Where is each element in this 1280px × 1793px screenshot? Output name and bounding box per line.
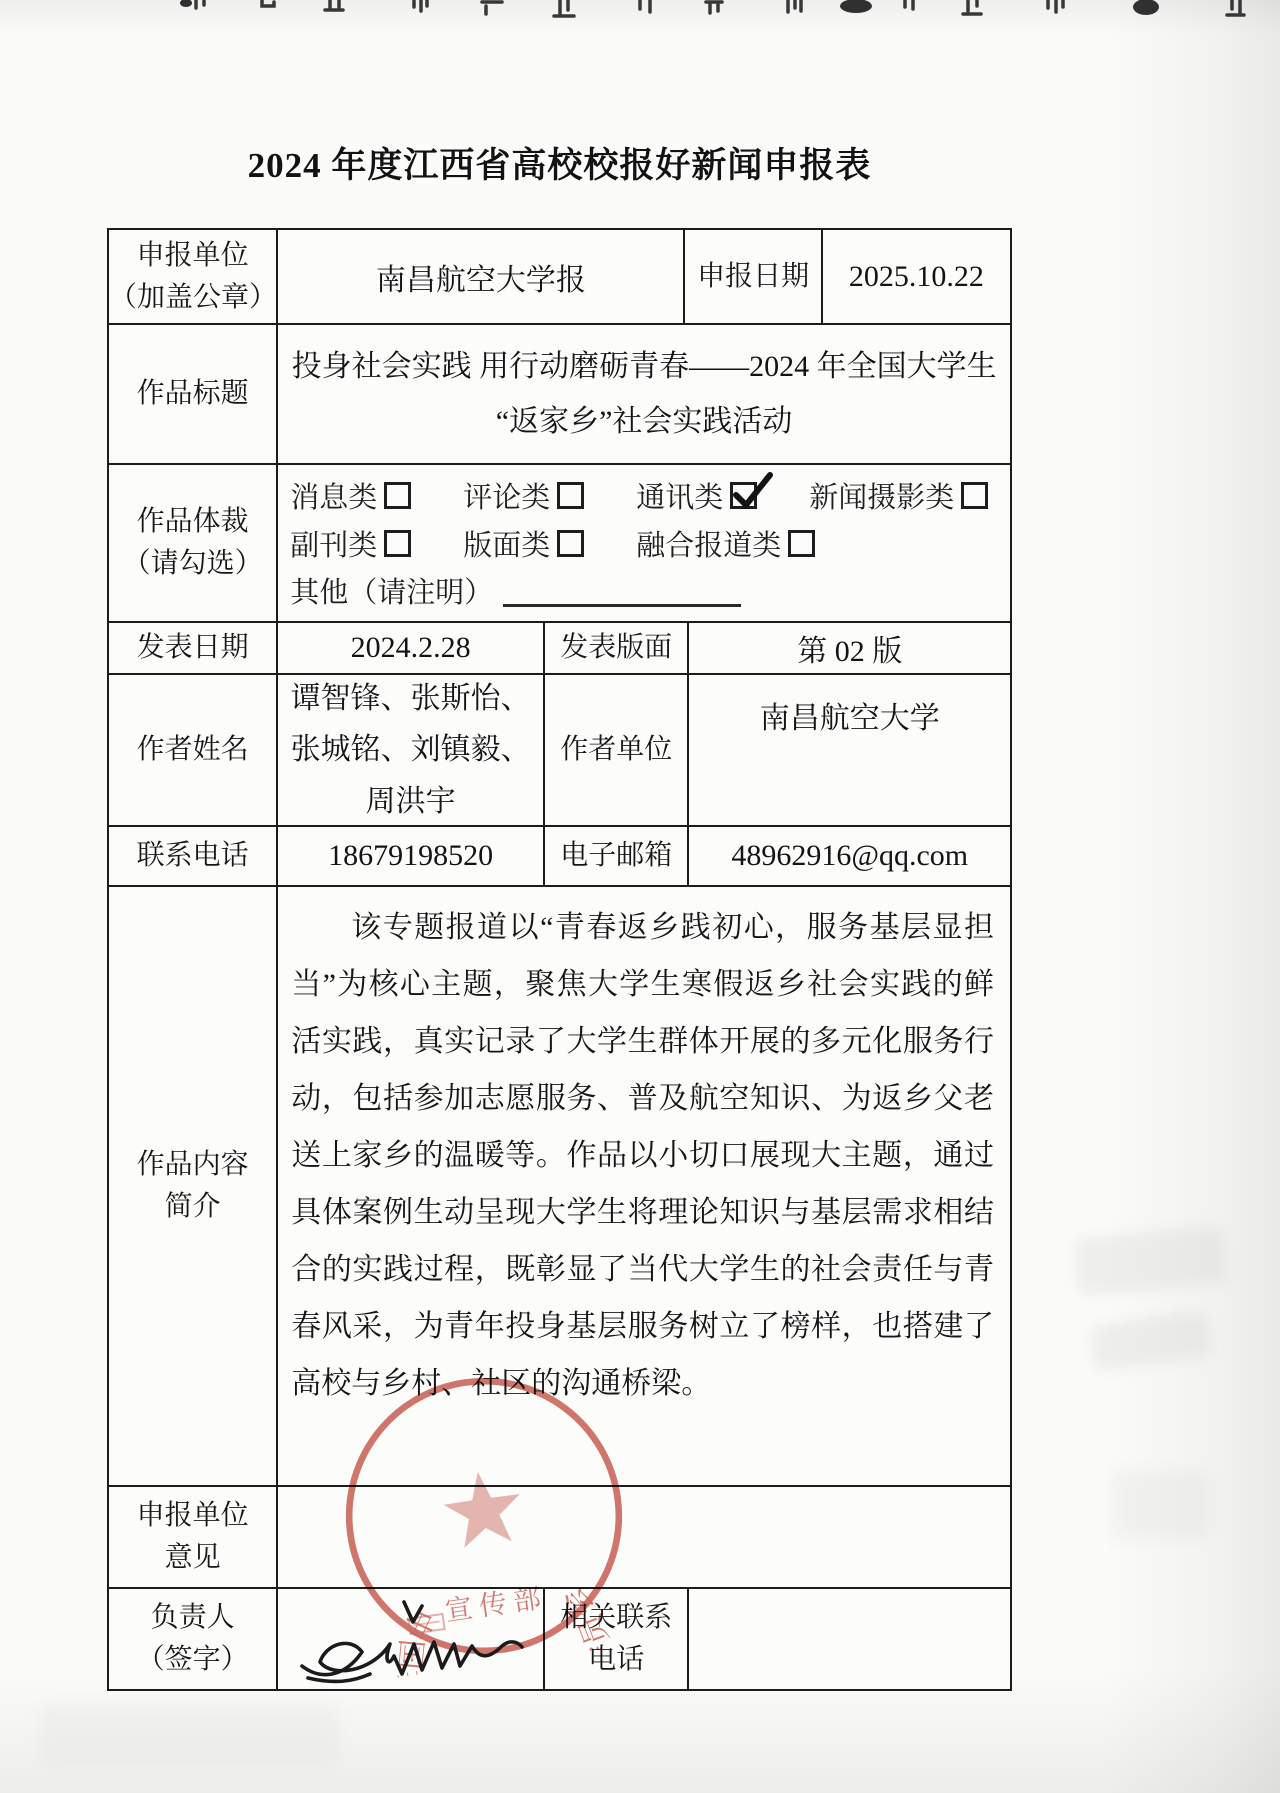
genre-line-other: 其他（请注明） [290,570,998,611]
row-authors: 作者姓名 谭智锋、张斯怡、 张城铭、刘镇毅、 周洪宇 作者单位 南昌航空大学 [109,675,1010,827]
scan-smudge [40,1705,340,1765]
phone-value: 18679198520 [278,827,545,885]
email-value: 48962916@qq.com [689,827,1010,885]
checkbox-unchecked-icon [384,482,411,509]
page-top-bleed-marks [0,0,1280,28]
genre-line-2: 副刊类 版面类 融合报道类 [290,523,998,564]
checkbox-unchecked-icon [788,530,815,557]
checkbox-unchecked-icon [384,530,411,557]
summary-text: 该专题报道以“青春返乡践初心，服务基层显担当”为核心主题，聚焦大学生寒假返乡社会… [278,887,1010,1412]
checkbox-unchecked-icon [557,482,584,509]
genre-option-photo: 新闻摄影类 [809,475,988,516]
checkbox-unchecked-icon [961,482,988,509]
handwritten-signature [286,1586,556,1698]
genre-option-label: 融合报道类 [636,523,781,564]
genre-other-underline [503,574,741,607]
genre-option-label: 评论类 [463,475,550,516]
summary-label: 作品内容 简介 [109,887,278,1485]
authors-value: 谭智锋、张斯怡、 张城铭、刘镇毅、 周洪宇 [278,675,545,825]
genre-option-commentary: 评论类 [463,475,584,516]
genre-option-label: 新闻摄影类 [809,475,954,516]
check-icon [731,473,773,511]
row-work-title: 作品标题 投身社会实践 用行动磨砺青春——2024 年全国大学生 “返家乡”社会… [109,325,1010,465]
seal-star-icon [440,1466,527,1549]
scan-smudge [1110,1470,1210,1540]
genre-option-label: 版面类 [463,523,550,564]
genre-option-supplement: 副刊类 [290,523,411,564]
genre-option-label: 通讯类 [636,475,723,516]
work-title-value: 投身社会实践 用行动磨砺青春——2024 年全国大学生 “返家乡”社会实践活动 [278,325,1010,463]
scanned-form-page: 2024 年度江西省高校校报好新闻申报表 申报单位 （加盖公章） 南昌航空大学报… [0,0,1280,1793]
email-label: 电子邮箱 [545,827,689,885]
row-genre: 作品体裁 （请勾选） 消息类 评论类 通讯类 [109,465,1010,623]
scan-smudge [1073,1226,1227,1297]
head-label: 负责人 （签字） [109,1589,278,1689]
form-title: 2024 年度江西省高校校报好新闻申报表 [107,138,1012,188]
genre-option-news: 消息类 [290,475,411,516]
apply-date-value: 2025.10.22 [823,230,1010,323]
genre-option-layout: 版面类 [463,523,584,564]
phone-label: 联系电话 [109,827,278,885]
apply-date-label: 申报日期 [685,230,822,323]
genre-option-label: 副刊类 [290,523,377,564]
publish-date-value: 2024.2.28 [278,623,545,673]
related-phone-value-empty [689,1589,1010,1689]
publish-page-label: 发表版面 [545,623,689,673]
row-contact: 联系电话 18679198520 电子邮箱 48962916@qq.com [109,827,1010,887]
checkbox-unchecked-icon [557,530,584,557]
row-applicant: 申报单位 （加盖公章） 南昌航空大学报 申报日期 2025.10.22 [109,230,1010,325]
checkbox-checked-icon [730,482,757,509]
scan-smudge [1087,1310,1212,1372]
genre-line-1: 消息类 评论类 通讯类 [290,475,998,516]
publish-date-label: 发表日期 [109,623,278,673]
row-publish: 发表日期 2024.2.28 发表版面 第 02 版 [109,623,1010,675]
authors-label: 作者姓名 [109,675,278,825]
applicant-label: 申报单位 （加盖公章） [109,230,278,323]
genre-option-label: 消息类 [290,475,377,516]
work-title-label: 作品标题 [109,325,278,463]
genre-option-converged: 融合报道类 [636,523,815,564]
author-org-value: 南昌航空大学 [689,675,1010,825]
genre-other-label: 其他（请注明） [290,570,493,611]
publish-page-value: 第 02 版 [689,623,1010,673]
genre-option-communication: 通讯类 [636,475,757,516]
author-org-label: 作者单位 [545,675,689,825]
genre-options: 消息类 评论类 通讯类 [278,465,1010,621]
opinion-label: 申报单位 意见 [109,1487,278,1587]
genre-label: 作品体裁 （请勾选） [109,465,278,621]
applicant-value: 南昌航空大学报 [278,230,685,323]
